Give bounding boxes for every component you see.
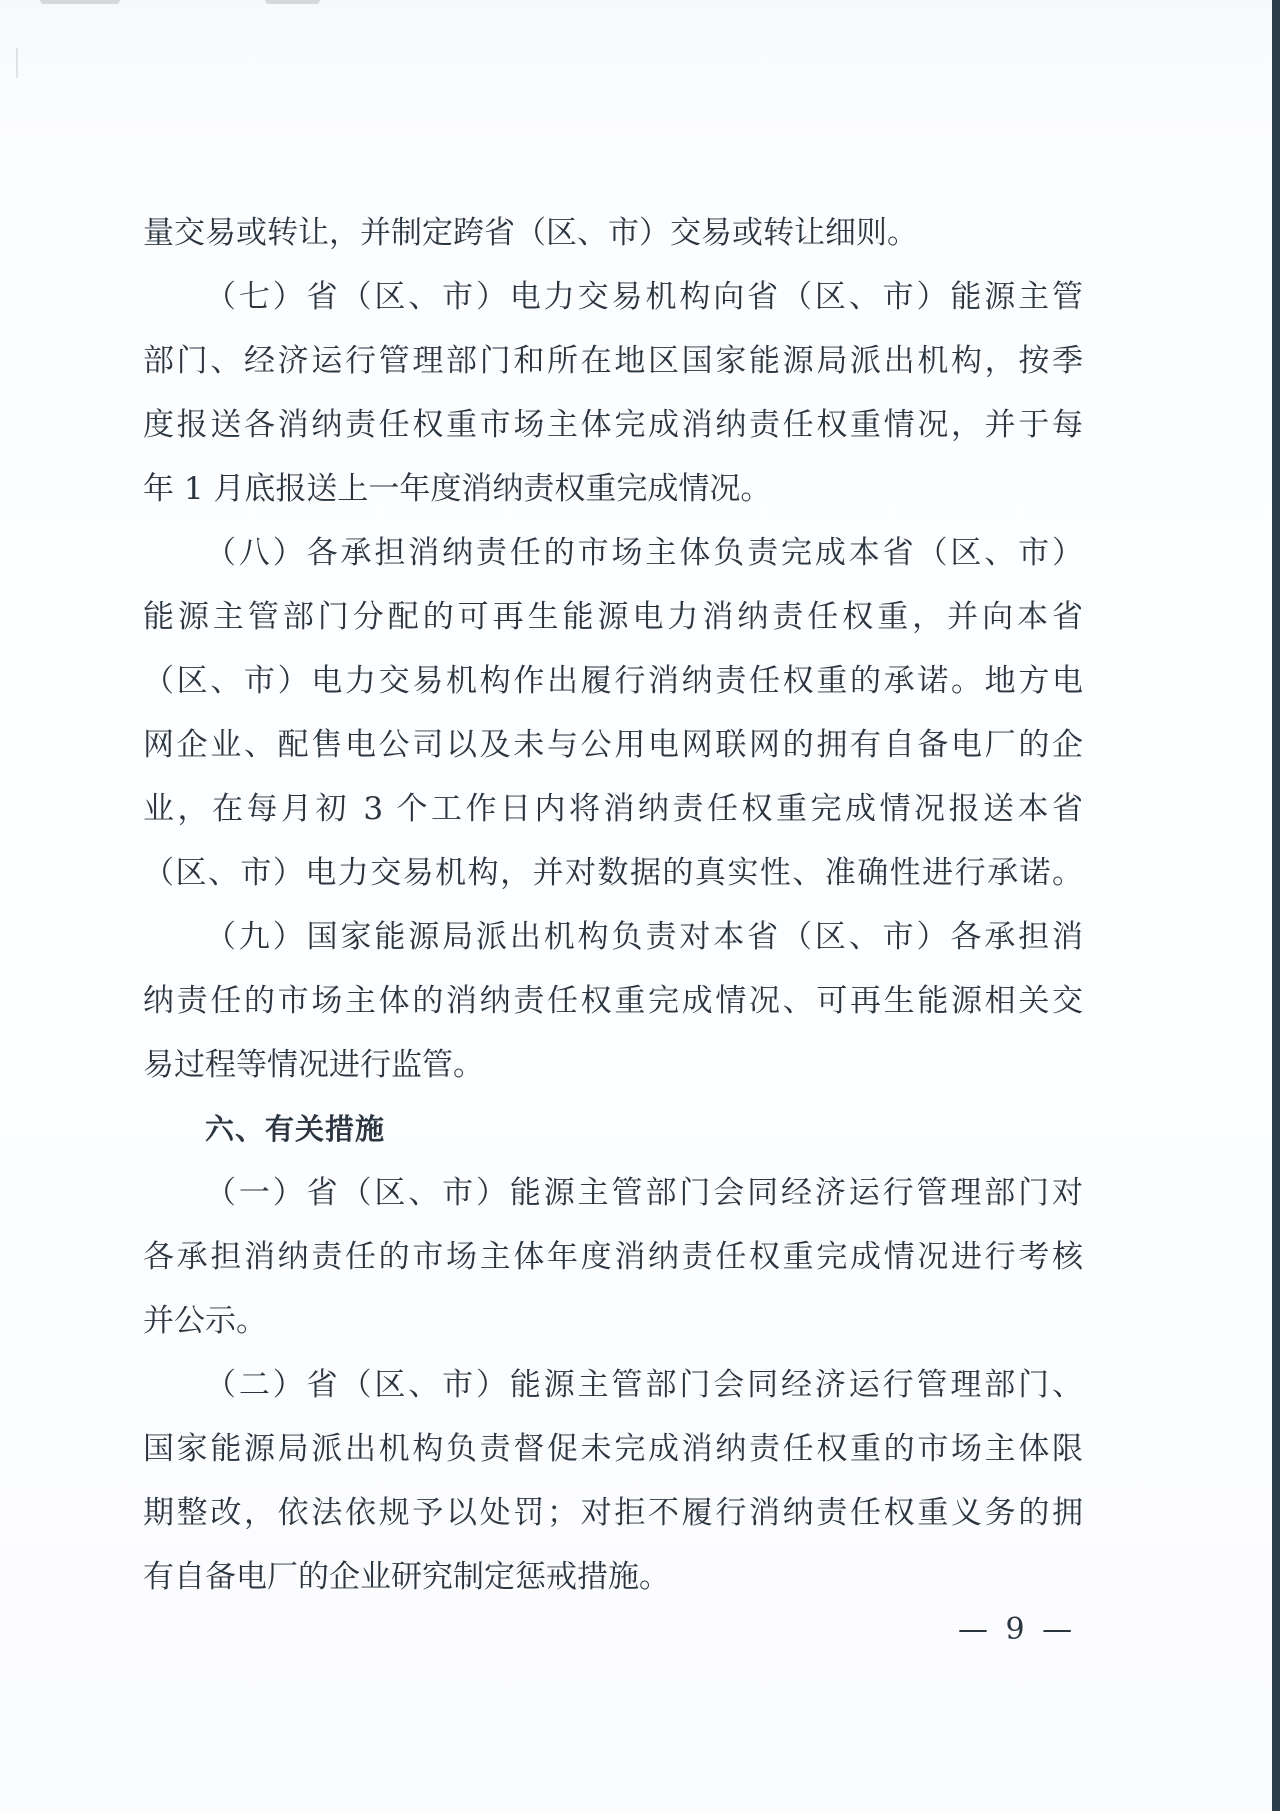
paragraph-line: （二）省（区、市）能源主管部门会同经济运行管理部门、	[143, 1353, 1083, 1417]
scan-artifact	[16, 48, 18, 78]
paragraph-line: 业，在每月初 3 个工作日内将消纳责任权重完成情况报送本省	[143, 777, 1083, 841]
paragraph-line: （区、市）电力交易机构，并对数据的真实性、准确性进行承诺。	[143, 841, 1083, 905]
scan-artifact	[265, 0, 320, 4]
paragraph-line: 年 1 月底报送上一年度消纳责权重完成情况。	[143, 457, 1083, 521]
paragraph-line: （八）各承担消纳责任的市场主体负责完成本省（区、市）	[143, 521, 1083, 585]
paragraph-line: （七）省（区、市）电力交易机构向省（区、市）能源主管	[143, 265, 1083, 329]
paragraph-line: 量交易或转让，并制定跨省（区、市）交易或转让细则。	[143, 201, 1083, 265]
page-number: — 9 —	[958, 1610, 1076, 1650]
paragraph-line: （一）省（区、市）能源主管部门会同经济运行管理部门对	[143, 1161, 1083, 1225]
paragraph-line: 各承担消纳责任的市场主体年度消纳责任权重完成情况进行考核	[143, 1225, 1083, 1289]
paragraph-line: 国家能源局派出机构负责督促未完成消纳责任权重的市场主体限	[143, 1417, 1083, 1481]
body-text: 量交易或转让，并制定跨省（区、市）交易或转让细则。 （七）省（区、市）电力交易机…	[143, 201, 1083, 1609]
document-page: 量交易或转让，并制定跨省（区、市）交易或转让细则。 （七）省（区、市）电力交易机…	[0, 0, 1272, 1811]
paragraph-line: 易过程等情况进行监管。	[143, 1033, 1083, 1097]
paragraph-line: 部门、经济运行管理部门和所在地区国家能源局派出机构，按季	[143, 329, 1083, 393]
paragraph-line: 有自备电厂的企业研究制定惩戒措施。	[143, 1545, 1083, 1609]
paragraph-line: 纳责任的市场主体的消纳责任权重完成情况、可再生能源相关交	[143, 969, 1083, 1033]
paragraph-line: 能源主管部门分配的可再生能源电力消纳责任权重，并向本省	[143, 585, 1083, 649]
paragraph-line: （九）国家能源局派出机构负责对本省（区、市）各承担消	[143, 905, 1083, 969]
paragraph-line: 度报送各消纳责任权重市场主体完成消纳责任权重情况，并于每	[143, 393, 1083, 457]
scan-artifact	[40, 0, 120, 4]
paragraph-line: 网企业、配售电公司以及未与公用电网联网的拥有自备电厂的企	[143, 713, 1083, 777]
scan-edge	[1272, 0, 1280, 1811]
section-heading: 六、有关措施	[143, 1097, 1083, 1161]
paragraph-line: 并公示。	[143, 1289, 1083, 1353]
paragraph-line: 期整改，依法依规予以处罚；对拒不履行消纳责任权重义务的拥	[143, 1481, 1083, 1545]
paragraph-line: （区、市）电力交易机构作出履行消纳责任权重的承诺。地方电	[143, 649, 1083, 713]
